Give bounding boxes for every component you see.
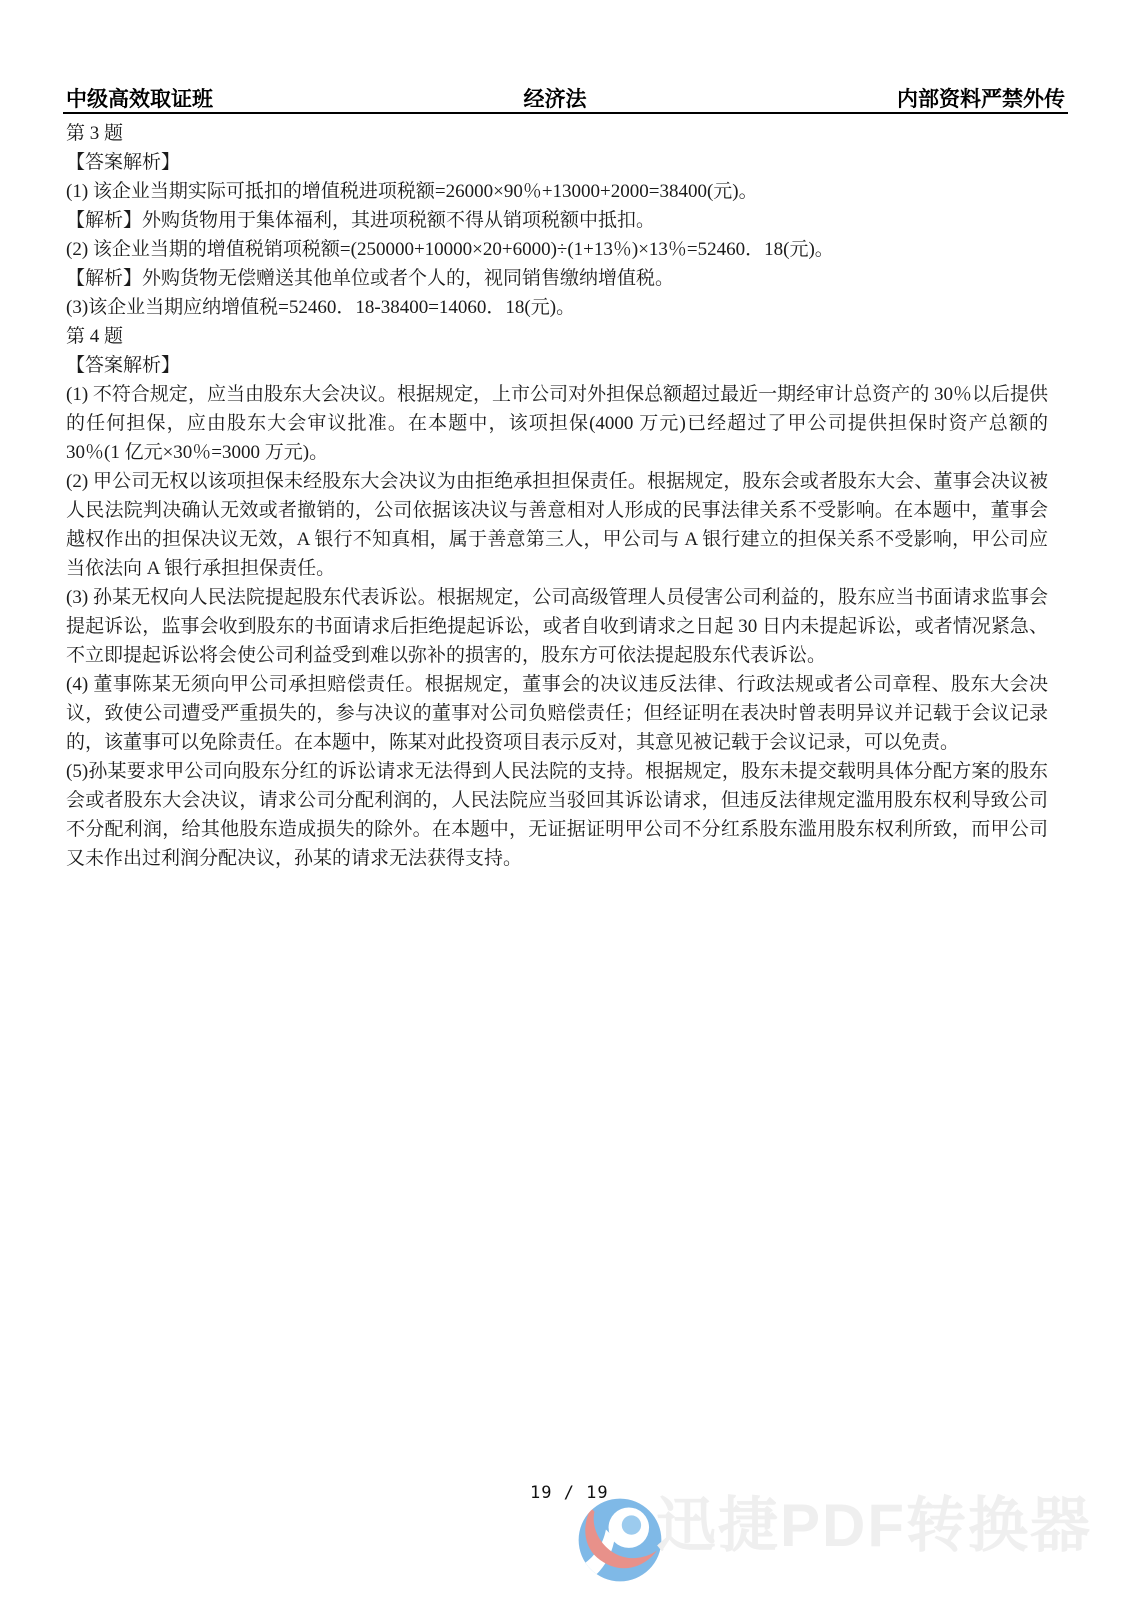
answer-paragraph: (2) 该企业当期的增值税销项税额=(250000+10000×20+6000)… [66,235,1048,264]
answer-paragraph: (3)该企业当期应纳增值税=52460．18-38400=14060．18(元)… [66,293,1048,322]
document-body: 第 3 题 【答案解析】 (1) 该企业当期实际可抵扣的增值税进项税额=2600… [66,119,1048,873]
answer-paragraph: (4) 董事陈某无须向甲公司承担赔偿责任。根据规定，董事会的决议违反法律、行政法… [66,670,1048,757]
answer-analysis-heading: 【答案解析】 [66,148,1048,177]
answer-paragraph: (3) 孙某无权向人民法院提起股东代表诉讼。根据规定，公司高级管理人员侵害公司利… [66,583,1048,670]
answer-analysis-heading: 【答案解析】 [66,351,1048,380]
header-course-name: 中级高效取证班 [66,83,213,113]
header-divider-line [63,112,1068,114]
watermark-text: 迅捷PDF转换器 [656,1494,1092,1558]
answer-paragraph: (2) 甲公司无权以该项担保未经股东大会决议为由拒绝承担担保责任。根据规定，股东… [66,467,1048,583]
answer-paragraph: (1) 该企业当期实际可抵扣的增值税进项税额=26000×90％+13000+2… [66,177,1048,206]
page-header: 中级高效取证班 经济法 内部资料严禁外传 [66,83,1065,113]
pdf-converter-logo-icon [576,1496,664,1584]
explanation-paragraph: 【解析】外购货物无偿赠送其他单位或者个人的，视同销售缴纳增值税。 [66,264,1048,293]
explanation-paragraph: 【解析】外购货物用于集体福利，其进项税额不得从销项税额中抵扣。 [66,206,1048,235]
answer-paragraph: (5)孙某要求甲公司向股东分红的诉讼请求无法得到人民法院的支持。根据规定，股东未… [66,757,1048,873]
question-4-title: 第 4 题 [66,322,1048,351]
header-subject-title: 经济法 [524,83,587,113]
document-page: 中级高效取证班 经济法 内部资料严禁外传 第 3 题 【答案解析】 (1) 该企… [0,0,1131,1600]
header-confidential-notice: 内部资料严禁外传 [897,83,1065,113]
question-3-title: 第 3 题 [66,119,1048,148]
answer-paragraph: (1) 不符合规定，应当由股东大会决议。根据规定，上市公司对外担保总额超过最近一… [66,380,1048,467]
